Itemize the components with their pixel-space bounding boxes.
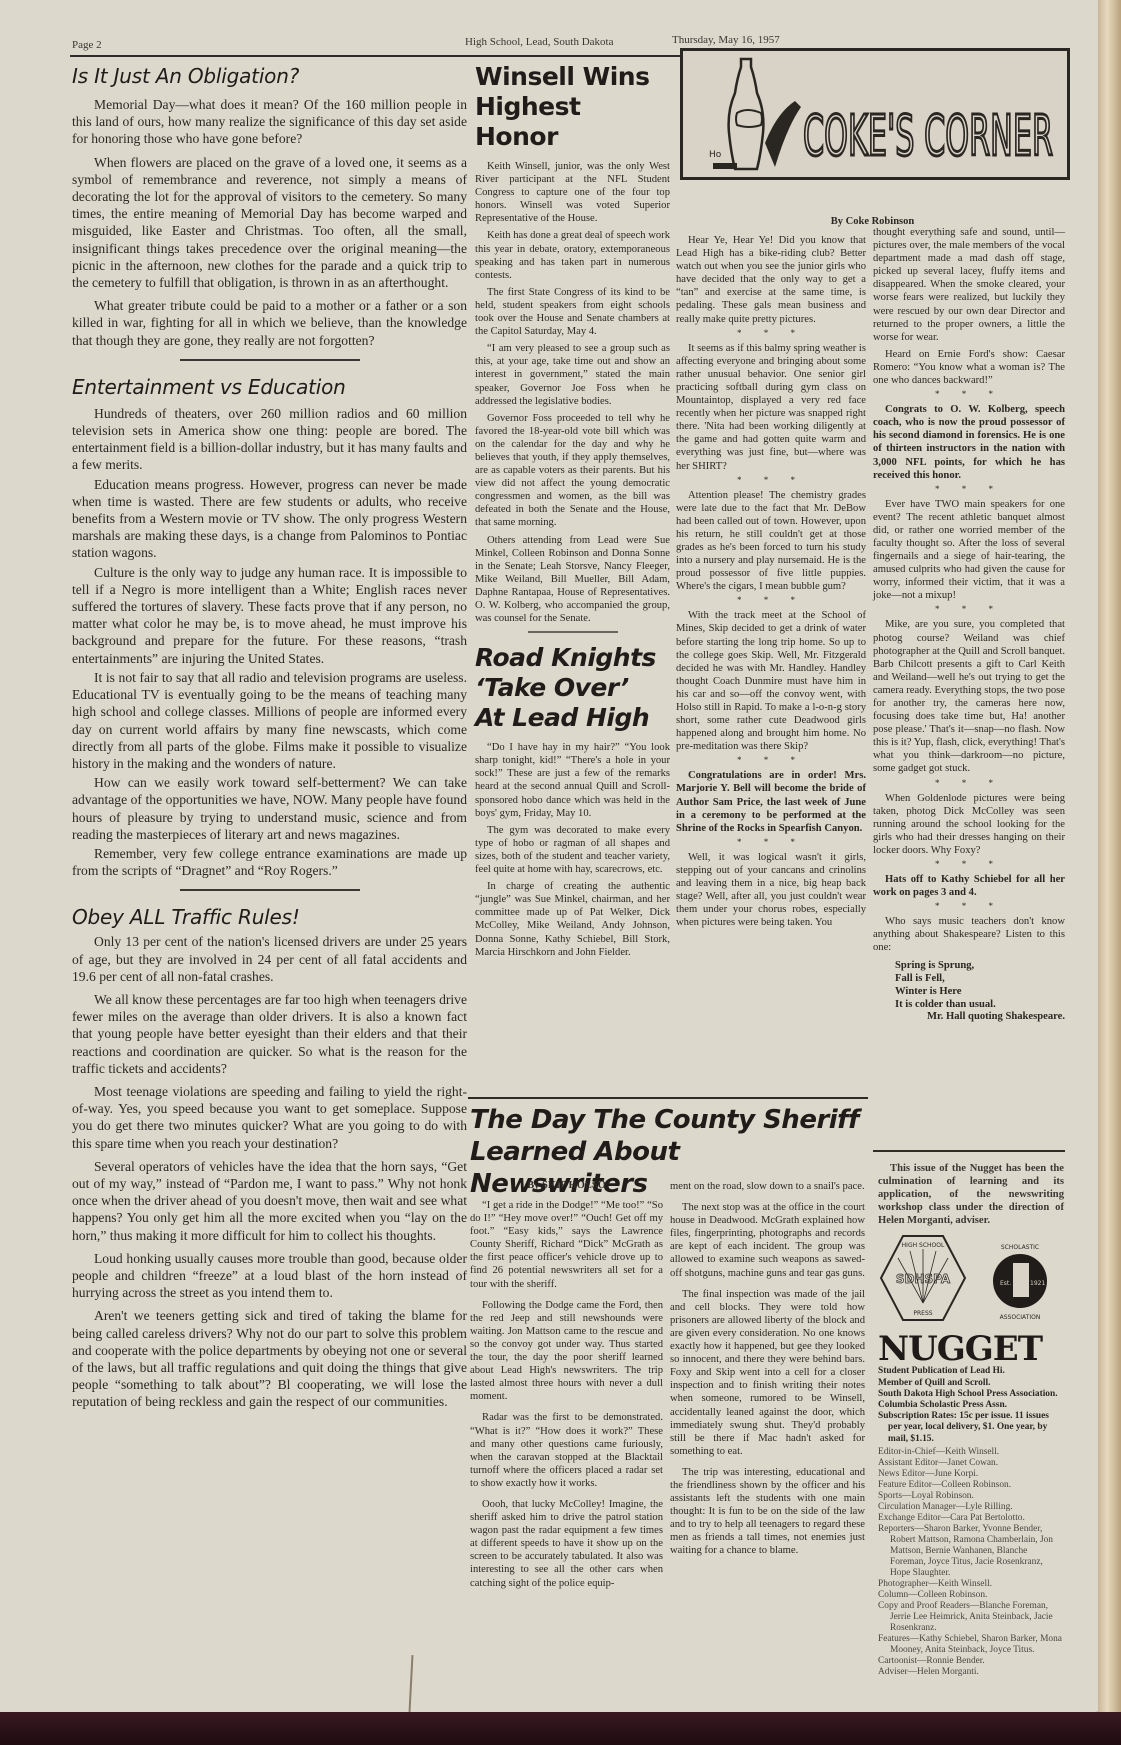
byline: By SKIP HOLSO bbox=[470, 1180, 663, 1191]
staff-line: Reporters—Sharon Barker, Yvonne Bender, … bbox=[878, 1524, 1064, 1579]
paragraph: With the track meet at the School of Min… bbox=[676, 609, 866, 753]
publication-place: High School, Lead, South Dakota bbox=[465, 36, 613, 48]
staff-line: Adviser—Helen Morganti. bbox=[878, 1667, 1064, 1678]
paragraph: “I am very pleased to see a group such a… bbox=[475, 342, 670, 407]
paragraph: The gym was decorated to make every type… bbox=[475, 824, 670, 876]
paragraph: It seems as if this balmy spring weather… bbox=[676, 342, 866, 473]
article-road-knights: Road Knights ‘Take Over’ At Lead High “D… bbox=[475, 643, 670, 959]
page-edge bbox=[1098, 0, 1121, 1712]
separator-dots: * * * bbox=[676, 595, 866, 605]
nspa-logo-icon: SCHOLASTIC ASSOCIATION Est. 1921 bbox=[980, 1241, 1060, 1321]
separator-dots: * * * bbox=[676, 837, 866, 847]
svg-text:PRESS: PRESS bbox=[913, 1310, 932, 1317]
binding-bar bbox=[0, 1712, 1121, 1745]
paragraph: Memorial Day—what does it mean? Of the 1… bbox=[72, 96, 467, 148]
left-column: Is It Just An Obligation? Memorial Day—w… bbox=[72, 64, 467, 1417]
sheriff-col2: ment on the road, slow down to a snail's… bbox=[670, 1180, 865, 1562]
article-obligation: Is It Just An Obligation? Memorial Day—w… bbox=[72, 64, 467, 361]
paragraph: Ever have TWO main speakers for one even… bbox=[873, 498, 1065, 603]
svg-text:Ho: Ho bbox=[709, 150, 722, 160]
paragraph: Who says music teachers don't know anyth… bbox=[873, 915, 1065, 954]
separator-dots: * * * bbox=[873, 389, 1065, 399]
paragraph: thought everything safe and sound, until… bbox=[873, 226, 1065, 344]
divider bbox=[180, 889, 360, 891]
svg-text:COKE'S CORNER: COKE'S CORNER bbox=[803, 104, 1053, 169]
paragraph: When flowers are placed on the grave of … bbox=[72, 154, 467, 292]
staff-line: Column—Colleen Robinson. bbox=[878, 1590, 1064, 1601]
separator-dots: * * * bbox=[873, 859, 1065, 869]
masthead-info: Student Publication of Lead Hi. Member o… bbox=[878, 1366, 1064, 1444]
middle-column: Winsell Wins Highest Honor Keith Winsell… bbox=[475, 62, 670, 963]
separator-dots: * * * bbox=[873, 484, 1065, 494]
paragraph: Others attending from Lead were Sue Mink… bbox=[475, 534, 670, 626]
paragraph: Mike, are you sure, you completed that p… bbox=[873, 618, 1065, 775]
staff-line: Features—Kathy Schiebel, Sharon Barker, … bbox=[878, 1634, 1064, 1656]
paragraph: Heard on Ernie Ford's show: Caesar Romer… bbox=[873, 348, 1065, 387]
svg-text:Est.: Est. bbox=[1000, 1280, 1011, 1287]
staff-line: Feature Editor—Colleen Robinson. bbox=[878, 1480, 1064, 1491]
staff-line: Copy and Proof Readers—Blanche Foreman, … bbox=[878, 1601, 1064, 1634]
paragraph: Loud honking usually causes more trouble… bbox=[72, 1250, 467, 1302]
poem: Spring is Sprung, Fall is Fell, Winter i… bbox=[873, 959, 1065, 1011]
svg-text:SDHSPA: SDHSPA bbox=[896, 1272, 951, 1286]
paragraph: The next stop was at the office in the c… bbox=[670, 1201, 865, 1280]
paragraph: How can we easily work toward self-bette… bbox=[72, 774, 467, 843]
nugget-nameplate: NUGGET bbox=[878, 1332, 1064, 1366]
paragraph: Radar was the first to be demonstrated. … bbox=[470, 1411, 663, 1490]
staff-line: Photographer—Keith Winsell. bbox=[878, 1579, 1064, 1590]
paragraph: “I get a ride in the Dodge!” “Me too!” “… bbox=[470, 1199, 663, 1291]
paragraph: Most teenage violations are speeding and… bbox=[72, 1083, 467, 1152]
issue-date: Thursday, May 16, 1957 bbox=[672, 34, 780, 46]
paragraph: It is not fair to say that all radio and… bbox=[72, 669, 467, 772]
masthead: This issue of the Nugget has been the cu… bbox=[878, 1162, 1064, 1678]
paragraph: Hundreds of theaters, over 260 million r… bbox=[72, 405, 467, 474]
article-entertainment: Entertainment vs Education Hundreds of t… bbox=[72, 375, 467, 891]
article-title: Obey ALL Traffic Rules! bbox=[72, 905, 467, 929]
info-line: Member of Quill and Scroll. bbox=[878, 1378, 1064, 1389]
separator-dots: * * * bbox=[676, 755, 866, 765]
cokes-corner-banner: Ho COKE'S CORNER bbox=[680, 48, 1070, 180]
info-line: Subscription Rates: 15c per issue. 11 is… bbox=[878, 1411, 1064, 1445]
coke-bottle-icon: Ho COKE'S CORNER bbox=[683, 51, 1067, 177]
paragraph: Keith Winsell, junior, was the only West… bbox=[475, 160, 670, 225]
paragraph: Several operators of vehicles have the i… bbox=[72, 1158, 467, 1244]
paragraph: Hear Ye, Hear Ye! Did you know that Lead… bbox=[676, 234, 866, 326]
separator-dots: * * * bbox=[676, 475, 866, 485]
paragraph: What greater tribute could be paid to a … bbox=[72, 297, 467, 349]
svg-text:1921: 1921 bbox=[1030, 1280, 1045, 1287]
paragraph: “Do I have hay in my hair?” “You look sh… bbox=[475, 741, 670, 820]
poem-line: Spring is Sprung, bbox=[895, 959, 1065, 972]
divider bbox=[180, 359, 360, 361]
article-title-line: The Day The County Sheriff bbox=[470, 1104, 865, 1136]
page-number: Page 2 bbox=[72, 39, 102, 51]
press-logos: SDHSPA HIGH SCHOOL PRESS SCHOLASTIC ASSO… bbox=[878, 1233, 1064, 1328]
masthead-rule bbox=[873, 1150, 1065, 1152]
paragraph: ment on the road, slow down to a snail's… bbox=[670, 1180, 865, 1193]
paragraph: Culture is the only way to judge any hum… bbox=[72, 564, 467, 667]
svg-text:SCHOLASTIC: SCHOLASTIC bbox=[1001, 1244, 1039, 1251]
paragraph: Attention please! The chemistry grades w… bbox=[676, 489, 866, 594]
paragraph: Aren't we teeners getting sick and tired… bbox=[72, 1307, 467, 1410]
paragraph: Governor Foss proceeded to tell why he f… bbox=[475, 412, 670, 530]
staff-line: Circulation Manager—Lyle Rilling. bbox=[878, 1502, 1064, 1513]
paragraph: Keith has done a great deal of speech wo… bbox=[475, 229, 670, 281]
article-title: Is It Just An Obligation? bbox=[72, 64, 467, 88]
staff-line: Exchange Editor—Cara Pat Bertolotto. bbox=[878, 1513, 1064, 1524]
article-traffic: Obey ALL Traffic Rules! Only 13 per cent… bbox=[72, 905, 467, 1410]
article-winsell: Winsell Wins Highest Honor Keith Winsell… bbox=[475, 62, 670, 633]
article-title-line: ‘Take Over’ bbox=[475, 673, 670, 703]
poem-line: Winter is Here bbox=[895, 985, 1065, 998]
sdhspa-logo-icon: SDHSPA HIGH SCHOOL PRESS bbox=[878, 1233, 968, 1323]
paragraph: The final inspection was made of the jai… bbox=[670, 1288, 865, 1458]
cokes-corner-col1: Hear Ye, Hear Ye! Did you know that Lead… bbox=[676, 234, 866, 933]
paragraph: When Goldenlode pictures were being take… bbox=[873, 792, 1065, 857]
paragraph: The trip was interesting, educational an… bbox=[670, 1466, 865, 1558]
separator-dots: * * * bbox=[873, 604, 1065, 614]
paragraph: Remember, very few college entrance exam… bbox=[72, 845, 467, 879]
divider bbox=[528, 631, 618, 633]
separator-dots: * * * bbox=[873, 778, 1065, 788]
paragraph: Education means progress. However, progr… bbox=[72, 476, 467, 562]
article-title-line: Road Knights bbox=[475, 643, 670, 673]
svg-text:ASSOCIATION: ASSOCIATION bbox=[1000, 1314, 1041, 1321]
staff-line: Assistant Editor—Janet Cowan. bbox=[878, 1458, 1064, 1469]
paragraph: Oooh, that lucky McColley! Imagine, the … bbox=[470, 1498, 663, 1590]
poem-line: It is colder than usual. bbox=[895, 998, 1065, 1011]
paragraph: Following the Dodge came the Ford, then … bbox=[470, 1299, 663, 1404]
staff-line: Sports—Loyal Robinson. bbox=[878, 1491, 1064, 1502]
paragraph: Hats off to Kathy Schiebel for all her w… bbox=[873, 873, 1065, 899]
cokes-corner-col2: thought everything safe and sound, until… bbox=[873, 226, 1065, 1022]
poem-credit: Mr. Hall quoting Shakespeare. bbox=[873, 1011, 1065, 1022]
article-title-line: Winsell Wins bbox=[475, 62, 670, 92]
poem-line: Fall is Fell, bbox=[895, 972, 1065, 985]
staff-line: Editor-in-Chief—Keith Winsell. bbox=[878, 1447, 1064, 1458]
paragraph: Only 13 per cent of the nation's license… bbox=[72, 933, 467, 985]
separator-dots: * * * bbox=[873, 901, 1065, 911]
paragraph: Congrats to O. W. Kolberg, speech coach,… bbox=[873, 403, 1065, 482]
paragraph: The first State Congress of its kind to … bbox=[475, 286, 670, 338]
article-title-line: At Lead High bbox=[475, 703, 670, 733]
paragraph: Well, it was logical wasn't it girls, st… bbox=[676, 851, 866, 930]
svg-text:HIGH SCHOOL: HIGH SCHOOL bbox=[902, 1242, 945, 1249]
sheriff-rule bbox=[468, 1097, 868, 1099]
masthead-note: This issue of the Nugget has been the cu… bbox=[878, 1162, 1064, 1227]
separator-dots: * * * bbox=[676, 328, 866, 338]
info-line: South Dakota High School Press Associati… bbox=[878, 1389, 1064, 1400]
staff-line: News Editor—June Korpi. bbox=[878, 1469, 1064, 1480]
paragraph: We all know these percentages are far to… bbox=[72, 991, 467, 1077]
paragraph: Congratulations are in order! Mrs. Marjo… bbox=[676, 769, 866, 834]
paragraph: In charge of creating the authentic “jun… bbox=[475, 880, 670, 959]
sheriff-col1: By SKIP HOLSO “I get a ride in the Dodge… bbox=[470, 1180, 663, 1594]
staff-line: Cartoonist—Ronnie Bender. bbox=[878, 1656, 1064, 1667]
article-title: Entertainment vs Education bbox=[72, 375, 467, 399]
article-title-line: Highest Honor bbox=[475, 92, 670, 152]
info-line: Columbia Scholastic Press Assn. bbox=[878, 1400, 1064, 1411]
staff-list: Editor-in-Chief—Keith Winsell. Assistant… bbox=[878, 1447, 1064, 1678]
